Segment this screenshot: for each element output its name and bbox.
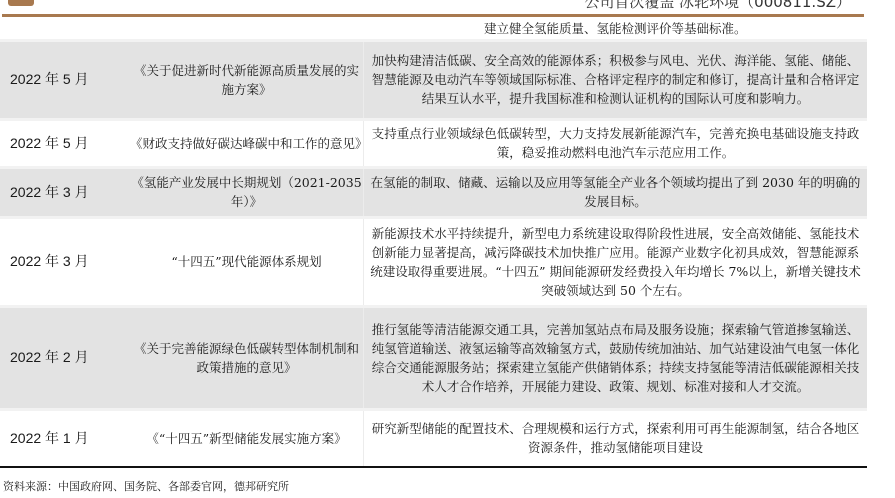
doc-cell: 《关于完善能源绿色低碳转型体制机制和政策措施的意见》: [130, 306, 364, 409]
doc-cell: [130, 19, 364, 40]
table-row-continued: 建立健全氢能质量、氢能检测评价等基础标准。: [0, 19, 867, 40]
desc-cell: 建立健全氢能质量、氢能检测评价等基础标准。: [364, 19, 868, 40]
desc-cell: 支持重点行业领域绿色低碳转型，大力支持发展新能源汽车，完善充换电基础设施支持政策…: [364, 119, 868, 167]
source-note: 资料来源：中国政府网、国务院、各部委官网，德邦研究所: [3, 478, 289, 494]
table-row: 2022 年 3 月 《氢能产业发展中长期规划（2021-2035 年）》 在氢…: [0, 167, 867, 217]
date-cell: 2022 年 5 月: [0, 40, 130, 119]
date-cell: 2022 年 5 月: [0, 119, 130, 167]
doc-cell: 《“十四五”新型储能发展实施方案》: [130, 409, 364, 467]
desc-cell: 在氢能的制取、储藏、运输以及应用等氢能全产业各个领域均提出了到 2030 年的明…: [364, 167, 868, 217]
desc-cell: 加快构建清洁低碳、安全高效的能源体系；积极参与风电、光伏、海洋能、氢能、储能、智…: [364, 40, 868, 119]
date-cell: [0, 19, 130, 40]
date-cell: 2022 年 3 月: [0, 217, 130, 306]
company-logo: [8, 0, 34, 6]
doc-cell: 《氢能产业发展中长期规划（2021-2035 年）》: [130, 167, 364, 217]
header-divider: [2, 14, 864, 17]
date-cell: 2022 年 2 月: [0, 306, 130, 409]
doc-cell: 《关于促进新时代新能源高质量发展的实施方案》: [130, 40, 364, 119]
date-cell: 2022 年 3 月: [0, 167, 130, 217]
table-row: 2022 年 3 月 “十四五”现代能源体系规划 新能源技术水平持续提升，新型电…: [0, 217, 867, 306]
doc-cell: 《财政支持做好碳达峰碳中和工作的意见》: [130, 119, 364, 167]
table-row: 2022 年 2 月 《关于完善能源绿色低碳转型体制机制和政策措施的意见》 推行…: [0, 306, 867, 409]
report-header-title: 公司首次覆盖 冰轮环境（000811.SZ）: [584, 0, 851, 12]
table-row: 2022 年 5 月 《财政支持做好碳达峰碳中和工作的意见》 支持重点行业领域绿…: [0, 119, 867, 167]
date-cell: 2022 年 1 月: [0, 409, 130, 467]
table-row: 2022 年 5 月 《关于促进新时代新能源高质量发展的实施方案》 加快构建清洁…: [0, 40, 867, 119]
desc-cell: 新能源技术水平持续提升，新型电力系统建设取得阶段性进展，安全高效储能、氢能技术创…: [364, 217, 868, 306]
desc-cell: 推行氢能等清洁能源交通工具，完善加氢站点布局及服务设施；探索输气管道掺氢输送、纯…: [364, 306, 868, 409]
doc-cell: “十四五”现代能源体系规划: [130, 217, 364, 306]
policy-table: 建立健全氢能质量、氢能检测评价等基础标准。 2022 年 5 月 《关于促进新时…: [0, 19, 867, 468]
table-row: 2022 年 1 月 《“十四五”新型储能发展实施方案》 研究新型储能的配置技术…: [0, 409, 867, 467]
desc-cell: 研究新型储能的配置技术、合理规模和运行方式，探索利用可再生能源制氢，结合各地区资…: [364, 409, 868, 467]
